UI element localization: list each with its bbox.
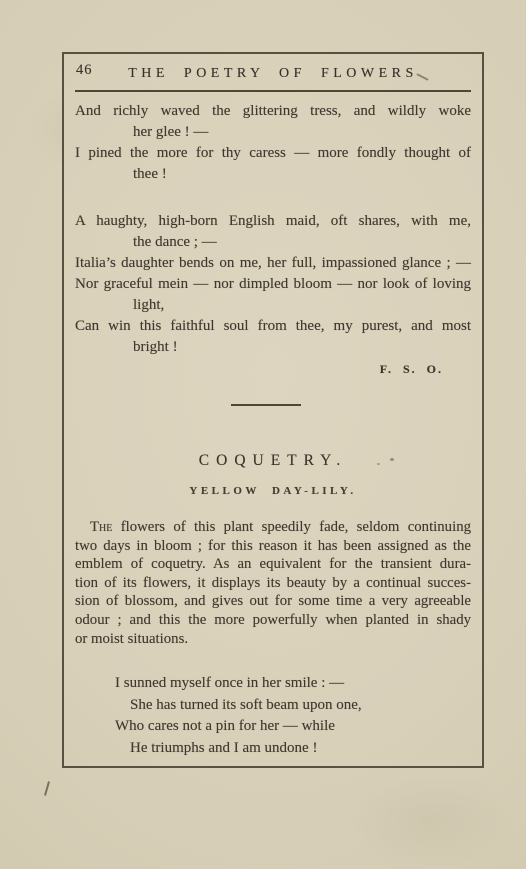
section-prose: The flowers of this plant speedily fade,… [75,518,471,648]
ink-speck [377,463,380,465]
section-title: COQUETRY. [75,452,471,470]
prose-line: sion of blossom, and gives out for some … [75,592,471,611]
poem-line: Can win this faithful soul from thee, my… [75,316,471,337]
poem-attribution: F. S. O. [75,361,471,378]
prose-line: tion of its flowers, it displays its bea… [75,574,471,593]
poem-line: Nor graceful mein — nor dimpled bloom — … [75,274,471,295]
prose-lead-smallcaps: The [90,519,112,535]
page-body: And richly waved the glittering tress, a… [75,92,471,759]
running-title: THE POETRY OF FLOWERS [128,66,418,82]
section-verse: I sunned myself once in her smile : — Sh… [115,673,471,759]
section-divider [231,404,301,406]
poem-line: light, [75,295,471,316]
poem-line: her glee ! — [75,122,471,143]
prose-line: odour ; and this the more powerfully whe… [75,611,471,630]
poem-line: Italia’s daughter bends on me, her full,… [75,253,471,274]
prose-line: The flowers of this plant speedily fade,… [75,518,471,537]
poem-line: And richly waved the glittering tress, a… [75,101,471,122]
verse-line: He triumphs and I am undone ! [115,738,471,760]
verse-line: I sunned myself once in her smile : — [115,673,471,695]
poem-line: the dance ; — [75,232,471,253]
prose-line-text: flowers of this plant speedily fade, sel… [121,519,471,535]
poem-stanza-1: And richly waved the glittering tress, a… [75,101,471,185]
poem-line: thee ! [75,164,471,185]
verse-line: Who cares not a pin for her — while [115,716,471,738]
ink-speck [390,458,394,461]
verse-line: She has turned its soft beam upon one, [115,695,471,717]
prose-line: two days in bloom ; for this reason it h… [75,537,471,556]
prose-line: emblem of coquetry. As an equivalent for… [75,555,471,574]
page-number: 46 [76,62,93,79]
poem-line: A haughty, high-born English maid, oft s… [75,211,471,232]
poem-line: bright ! [75,337,471,358]
section-subtitle: YELLOW DAY-LILY. [75,485,471,497]
prose-line: or moist situations. [75,630,471,649]
scanned-book-page: 46 THE POETRY OF FLOWERS And richly wave… [0,0,526,869]
pen-mark [44,781,50,796]
poem-stanza-2: A haughty, high-born English maid, oft s… [75,211,471,358]
page-header: 46 THE POETRY OF FLOWERS [75,54,471,92]
page-frame: 46 THE POETRY OF FLOWERS And richly wave… [62,52,484,768]
poem-line: I pined the more for thy caress — more f… [75,143,471,164]
